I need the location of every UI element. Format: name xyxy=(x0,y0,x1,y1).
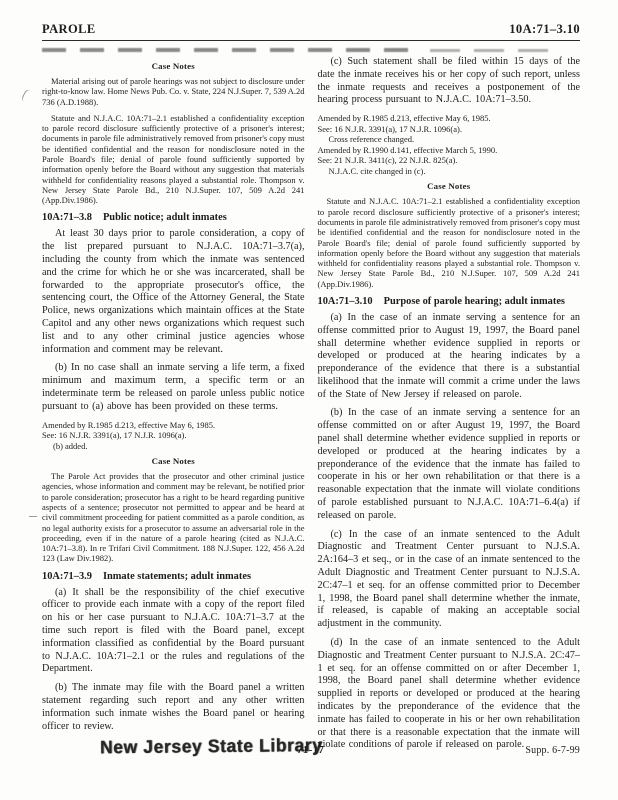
case-notes-heading: Case Notes xyxy=(42,61,305,71)
history-line: See: 21 N.J.R. 3411(c), 22 N.J.R. 825(a)… xyxy=(318,155,581,166)
case-note-paragraph: Material arising out of parole hearings … xyxy=(42,76,305,107)
body-paragraph: (b) The inmate may file with the Board p… xyxy=(42,682,305,733)
photocopy-smudge-line xyxy=(430,49,550,52)
body-paragraph: (d) In the case of an inmate sentenced t… xyxy=(318,637,581,752)
section-heading: 10A:71–3.10Purpose of parole hearing; ad… xyxy=(318,296,581,307)
header-title: PAROLE xyxy=(42,22,96,37)
library-stamp: New Jersey State Library xyxy=(100,734,323,758)
photocopy-smudge-line xyxy=(42,48,410,52)
section-number: 10A:71–3.8 xyxy=(42,212,92,223)
history-line: See: 16 N.J.R. 3391(a), 17 N.J.R. 1096(a… xyxy=(318,124,581,135)
history-line: N.J.A.C. cite changed in (c). xyxy=(318,166,581,177)
case-note-paragraph: Statute and N.J.A.C. 10A:71–2.1 establis… xyxy=(318,196,581,289)
body-paragraph: (a) In the case of an inmate serving a s… xyxy=(318,312,581,402)
body-paragraph: (a) It shall be the responsibility of th… xyxy=(42,587,305,677)
history-line: Amended by R.1985 d.213, effective May 6… xyxy=(318,113,581,124)
section-title: Inmate statements; adult inmates xyxy=(103,571,251,582)
case-notes-heading: Case Notes xyxy=(318,181,581,191)
section-heading: 10A:71–3.8Public notice; adult inmates xyxy=(42,212,305,223)
body-paragraph: (c) Such statement shall be filed within… xyxy=(318,56,581,107)
pen-mark xyxy=(29,516,37,517)
document-page: PAROLE 10A:71–3.10 Case NotesMaterial ar… xyxy=(0,0,618,800)
amendment-history: Amended by R.1985 d.213, effective May 6… xyxy=(42,420,305,452)
body-paragraph: (b) In the case of an inmate serving a s… xyxy=(318,407,581,522)
amendment-history: Amended by R.1985 d.213, effective May 6… xyxy=(318,113,581,176)
page-header: PAROLE 10A:71–3.10 xyxy=(42,22,580,41)
page-number: 71-17 xyxy=(297,744,324,756)
section-title: Purpose of parole hearing; adult inmates xyxy=(384,296,565,307)
right-column: (c) Such statement shall be filed within… xyxy=(318,56,581,758)
case-notes-heading: Case Notes xyxy=(42,456,305,466)
case-note-paragraph: The Parole Act provides that the prosecu… xyxy=(42,471,305,564)
section-number: 10A:71–3.10 xyxy=(318,296,373,307)
history-line: Cross reference changed. xyxy=(318,134,581,145)
history-line: See: 16 N.J.R. 3391(a), 17 N.J.R. 1096(a… xyxy=(42,430,305,441)
body-paragraph: (c) In the case of an inmate sentenced t… xyxy=(318,529,581,631)
header-section-number: 10A:71–3.10 xyxy=(509,22,580,37)
page-footer: New Jersey State Library 71-17 Supp. 6-7… xyxy=(42,738,580,778)
history-line: Amended by R.1990 d.141, effective March… xyxy=(318,145,581,156)
supplement-date: Supp. 6-7-99 xyxy=(525,745,580,756)
history-line: (b) added. xyxy=(42,441,305,452)
body-paragraph: At least 30 days prior to parole conside… xyxy=(42,228,305,356)
history-line: Amended by R.1985 d.213, effective May 6… xyxy=(42,420,305,431)
section-number: 10A:71–3.9 xyxy=(42,571,92,582)
section-title: Public notice; adult inmates xyxy=(103,212,227,223)
section-heading: 10A:71–3.9Inmate statements; adult inmat… xyxy=(42,571,305,582)
case-note-paragraph: Statute and N.J.A.C. 10A:71–2.1 establis… xyxy=(42,113,305,206)
pen-mark xyxy=(21,88,36,104)
two-column-text: Case NotesMaterial arising out of parole… xyxy=(42,56,580,758)
body-paragraph: (b) In no case shall an inmate serving a… xyxy=(42,362,305,413)
left-column: Case NotesMaterial arising out of parole… xyxy=(42,56,305,758)
